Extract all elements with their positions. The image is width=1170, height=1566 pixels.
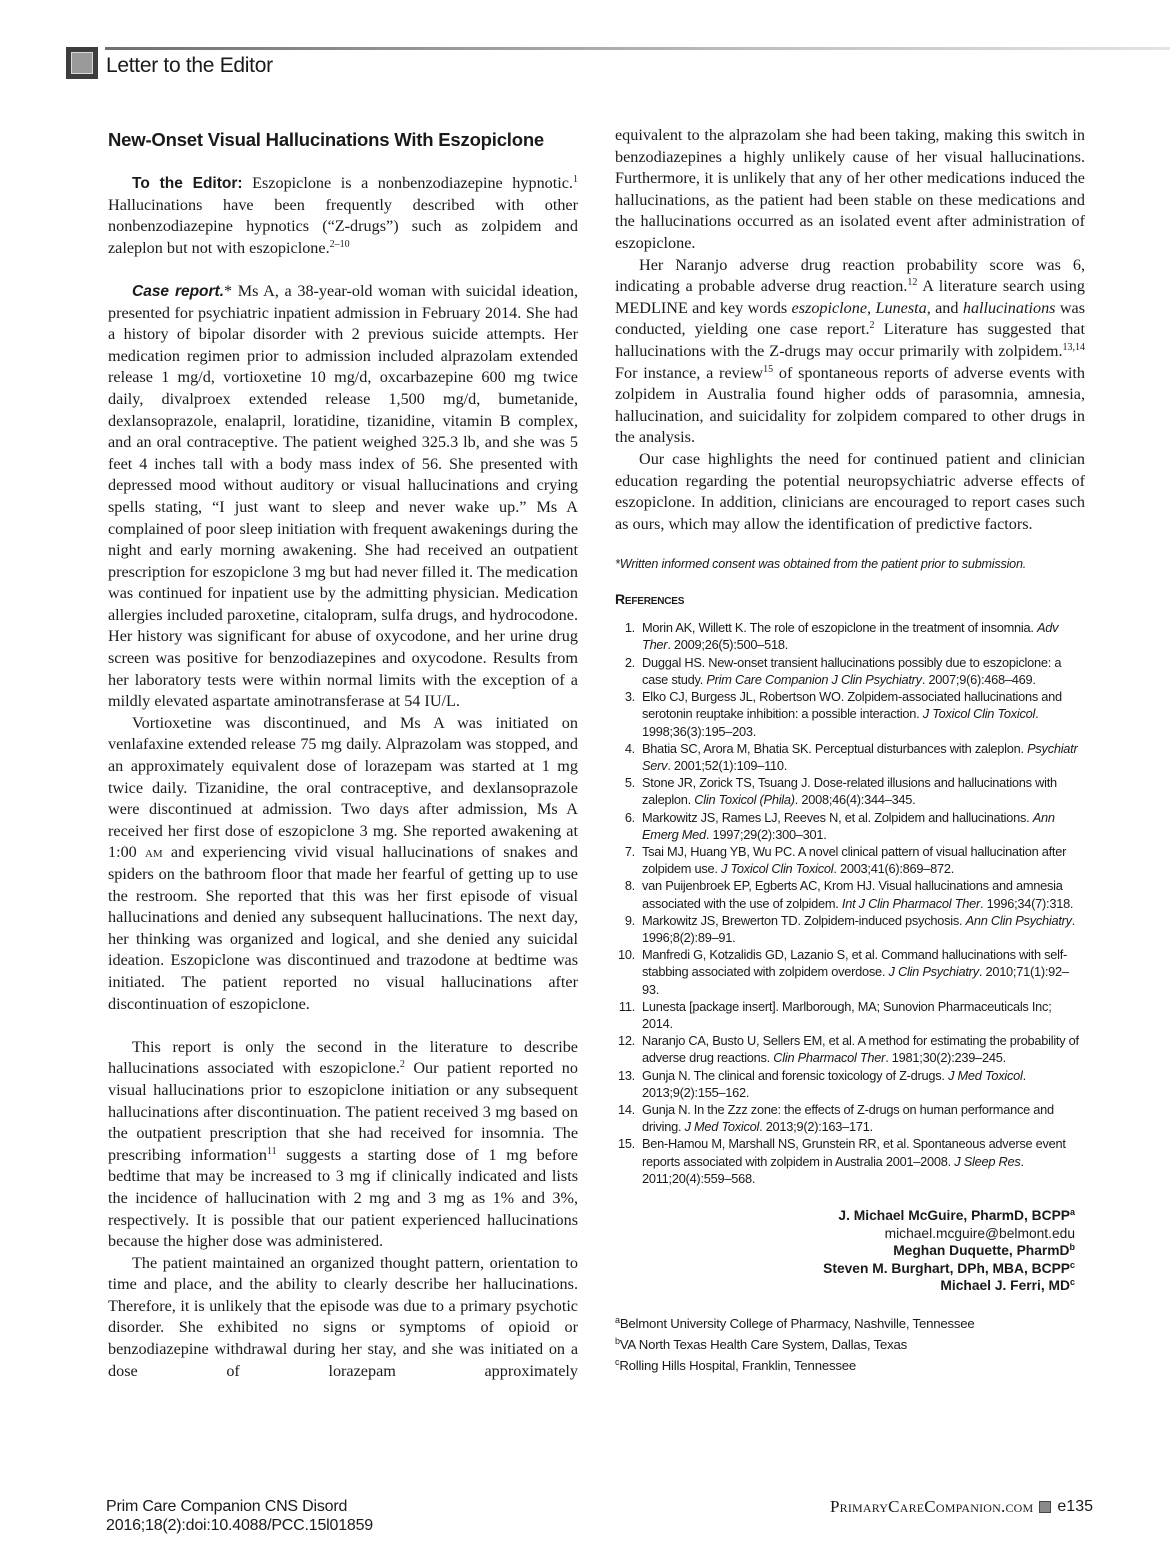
reference-item: 12.Naranjo CA, Busto U, Sellers EM, et a… — [615, 1032, 1085, 1066]
reference-item: 3.Elko CJ, Burgess JL, Robertson WO. Zol… — [615, 688, 1085, 740]
intro-lead: To the Editor: — [132, 175, 243, 192]
author-email-link[interactable]: michael.mcguire@belmont.edu — [615, 1225, 1075, 1243]
references-heading: References — [615, 591, 1085, 607]
vortioxetine-paragraph: Vortioxetine was discontinued, and Ms A … — [108, 713, 578, 1015]
thought-pattern-paragraph: The patient maintained an organized thou… — [108, 1253, 578, 1383]
reference-item: 2.Duggal HS. New-onset transient halluci… — [615, 654, 1085, 688]
author-name: J. Michael McGuire, PharmD, BCPPa — [615, 1207, 1075, 1225]
reference-item: 7.Tsai MJ, Huang YB, Wu PC. A novel clin… — [615, 843, 1085, 877]
reference-item: 8.van Puijenbroek EP, Egberts AC, Krom H… — [615, 877, 1085, 911]
thought-pattern-continued: equivalent to the alprazolam she had bee… — [615, 125, 1085, 255]
footer-site: PrimaryCareCompanion.com e135 — [830, 1497, 1093, 1517]
reference-item: 4.Bhatia SC, Arora M, Bhatia SK. Percept… — [615, 740, 1085, 774]
author-name: Steven M. Burghart, DPh, MBA, BCPPc — [615, 1260, 1075, 1278]
conclusion-paragraph: Our case highlights the need for continu… — [615, 449, 1085, 535]
case-report-paragraph: Case report.* Ms A, a 38-year-old woman … — [108, 281, 578, 713]
square-bullet-icon — [1039, 1501, 1051, 1513]
references-list: 1.Morin AK, Willett K. The role of eszop… — [615, 619, 1085, 1187]
page-number: e135 — [1057, 1498, 1093, 1516]
footer-doi: 2016;18(2):doi:10.4088/PCC.15l01859 — [106, 1516, 373, 1535]
reference-item: 15.Ben-Hamou M, Marshall NS, Grunstein R… — [615, 1135, 1085, 1187]
intro-paragraph: To the Editor: Eszopiclone is a nonbenzo… — [108, 173, 578, 259]
section-square-icon — [66, 47, 98, 79]
reference-item: 10.Manfredi G, Kotzalidis GD, Lazanio S,… — [615, 946, 1085, 998]
reference-item: 5.Stone JR, Zorick TS, Tsuang J. Dose-re… — [615, 774, 1085, 808]
reference-item: 1.Morin AK, Willett K. The role of eszop… — [615, 619, 1085, 653]
consent-footnote: *Written informed consent was obtained f… — [615, 557, 1085, 571]
footer-journal: Prim Care Companion CNS Disord — [106, 1497, 373, 1516]
case-report-lead: Case report. — [132, 283, 224, 300]
section-label: Letter to the Editor — [106, 54, 273, 78]
left-column: New-Onset Visual Hallucinations With Esz… — [108, 125, 578, 1382]
second-report-paragraph: This report is only the second in the li… — [108, 1037, 578, 1253]
article-title: New-Onset Visual Hallucinations With Esz… — [108, 129, 578, 151]
naranjo-paragraph: Her Naranjo adverse drug reaction probab… — [615, 255, 1085, 449]
footer-citation: Prim Care Companion CNS Disord 2016;18(2… — [106, 1497, 373, 1535]
reference-item: 11.Lunesta [package insert]. Marlborough… — [615, 998, 1085, 1032]
right-column: equivalent to the alprazolam she had bee… — [615, 125, 1085, 1376]
reference-item: 6.Markowitz JS, Rames LJ, Reeves N, et a… — [615, 809, 1085, 843]
reference-item: 13.Gunja N. The clinical and forensic to… — [615, 1067, 1085, 1101]
author-name: Meghan Duquette, PharmDb — [615, 1242, 1075, 1260]
author-name: Michael J. Ferri, MDc — [615, 1277, 1075, 1295]
reference-item: 9.Markowitz JS, Brewerton TD. Zolpidem-i… — [615, 912, 1085, 946]
affiliation-item: cRolling Hills Hospital, Franklin, Tenne… — [615, 1355, 1085, 1376]
site-link[interactable]: PrimaryCareCompanion.com — [830, 1497, 1033, 1517]
header-rule — [105, 47, 1170, 50]
reference-item: 14.Gunja N. In the Zzz zone: the effects… — [615, 1101, 1085, 1135]
affiliation-item: aBelmont University College of Pharmacy,… — [615, 1313, 1085, 1334]
affiliation-item: bVA North Texas Health Care System, Dall… — [615, 1334, 1085, 1355]
affiliations: aBelmont University College of Pharmacy,… — [615, 1313, 1085, 1376]
author-block: J. Michael McGuire, PharmD, BCPPa michae… — [615, 1207, 1085, 1295]
